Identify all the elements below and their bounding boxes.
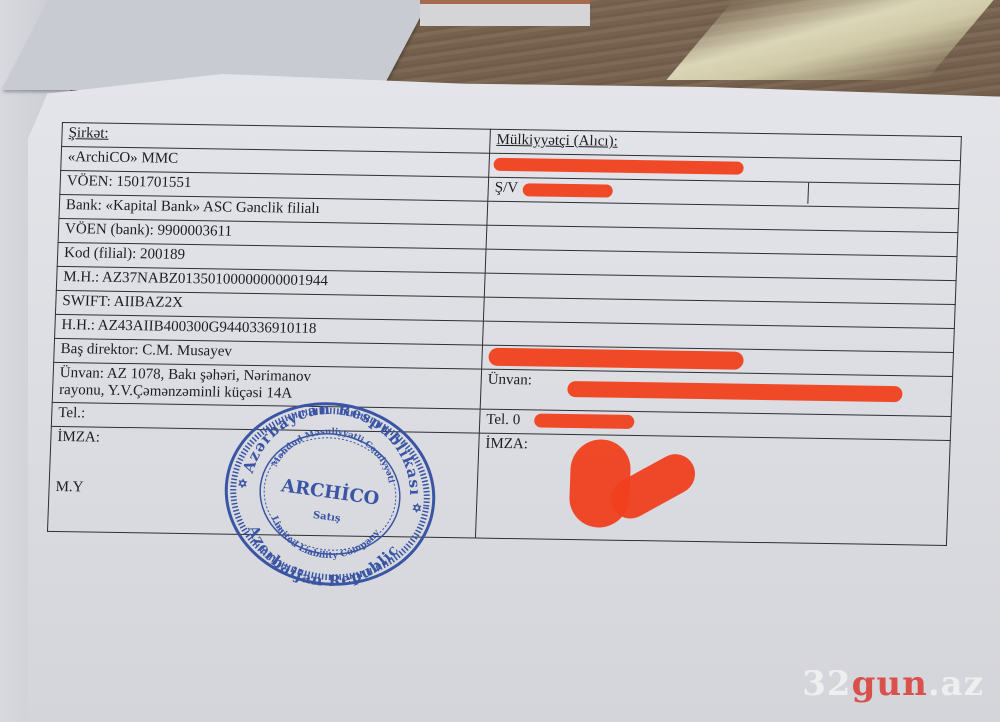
- signature-block-table: Şirkət: Mülkiyyətçi (Alıcı): «ArchiCO» M…: [47, 122, 962, 545]
- buyer-address-label: Ünvan:: [487, 372, 532, 389]
- buyer-signature-label: İMZA:: [485, 435, 944, 459]
- site-watermark: 32gun.az: [802, 664, 984, 704]
- seal-mark: M.Y: [55, 478, 84, 496]
- svg-text:✡: ✡: [411, 501, 423, 516]
- buyer-address-redacted: [567, 381, 903, 402]
- company-stamp: Azərbaycan Respublikası Azerbaijan Repub…: [210, 386, 450, 602]
- svg-text:ARCHİCO: ARCHİCO: [279, 473, 381, 510]
- svg-text:✡: ✡: [237, 476, 249, 491]
- background-card: [420, 0, 590, 26]
- buyer-phone-redacted: [534, 413, 635, 429]
- svg-text:Satış: Satış: [312, 510, 341, 525]
- buyer-id-label: Ş/V: [494, 180, 518, 196]
- buyer-signature: İMZA:: [475, 433, 950, 545]
- buyer-id-redacted: [522, 183, 612, 197]
